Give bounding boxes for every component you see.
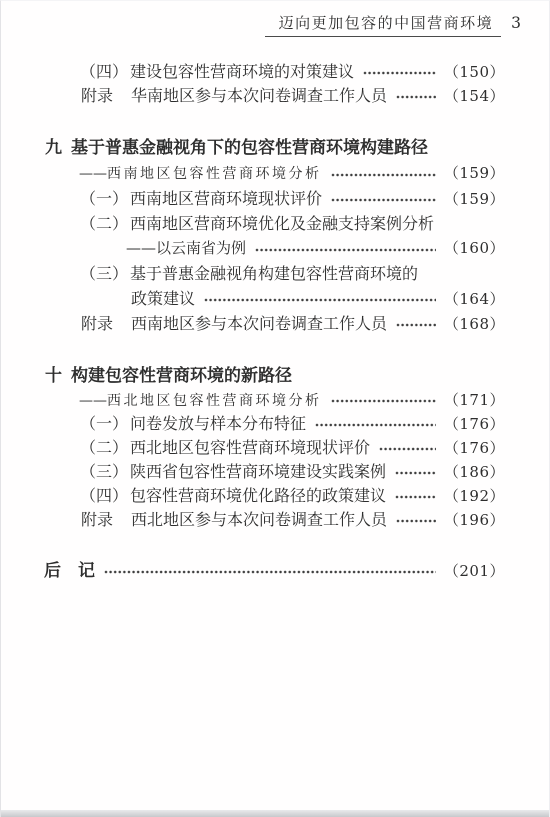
toc-entry-text: 西北地区包容性营商环境分析 bbox=[107, 389, 322, 413]
toc-entry-text: 西北地区参与本次问卷调查工作人员 bbox=[131, 508, 387, 532]
toc-entry-text: 华南地区参与本次问卷调查工作人员 bbox=[131, 84, 387, 108]
dash-mark: —— bbox=[79, 162, 107, 187]
toc-entry: 附录西南地区参与本次问卷调查工作人员 （168） bbox=[1, 311, 505, 336]
toc-page-number: （160） bbox=[444, 236, 505, 261]
dot-leader bbox=[395, 467, 436, 477]
dot-leader bbox=[331, 395, 436, 405]
toc-entry-text: 问卷发放与样本分布特征 bbox=[130, 412, 306, 436]
toc-entry: ——以云南省为例 （160） bbox=[1, 236, 505, 261]
running-head: 迈向更加包容的中国营商环境 3 bbox=[1, 12, 521, 37]
toc-page-number: （150） bbox=[444, 60, 505, 84]
page-bottom-edge bbox=[1, 810, 549, 817]
toc-entry-label: 附录 bbox=[81, 311, 113, 336]
toc-chapter-number: 十 bbox=[45, 364, 71, 388]
toc-page-number: （154） bbox=[444, 84, 505, 108]
dot-leader bbox=[395, 491, 436, 501]
toc-entry-text: 西北地区包容性营商环境现状评价 bbox=[130, 436, 370, 460]
page-number: 3 bbox=[511, 14, 521, 32]
toc-entry-label: （三） bbox=[80, 261, 128, 286]
toc-entry: ——西南地区包容性营商环境分析 （159） bbox=[1, 161, 505, 186]
toc-entry-label: （三） bbox=[80, 460, 128, 484]
table-of-contents: （四）建设包容性营商环境的对策建议 （150） 附录华南地区参与本次问卷调查工作… bbox=[1, 60, 505, 583]
toc-chapter-title: 基于普惠金融视角下的包容性营商环境构建路径 bbox=[71, 136, 428, 161]
toc-chapter-heading: 九基于普惠金融视角下的包容性营商环境构建路径 bbox=[1, 136, 505, 161]
toc-entry-text: 西南地区包容性营商环境分析 bbox=[107, 162, 322, 187]
toc-entry: 附录西北地区参与本次问卷调查工作人员 （196） bbox=[1, 508, 505, 532]
running-head-title: 迈向更加包容的中国营商环境 bbox=[265, 12, 502, 37]
dot-leader bbox=[363, 67, 436, 77]
toc-page-number: （171） bbox=[444, 388, 505, 412]
toc-entry: （二）西北地区包容性营商环境现状评价 （176） bbox=[1, 436, 505, 460]
toc-entry: （四）建设包容性营商环境的对策建议 （150） bbox=[1, 60, 505, 84]
toc-entry: （一）西南地区营商环境现状评价 （159） bbox=[1, 186, 505, 211]
dot-leader bbox=[204, 294, 436, 304]
toc-page-number: （159） bbox=[444, 161, 505, 186]
book-page: 迈向更加包容的中国营商环境 3 （四）建设包容性营商环境的对策建议 （150） … bbox=[0, 0, 550, 817]
toc-entry-label: （四） bbox=[80, 484, 128, 508]
dot-leader bbox=[255, 244, 436, 254]
toc-chapter-number: 九 bbox=[45, 136, 71, 161]
toc-entry: （三）基于普惠金融视角构建包容性营商环境的 bbox=[1, 261, 505, 286]
toc-entry-text: 政策建议 bbox=[131, 286, 195, 311]
toc-entry: （三）陕西省包容性营商环境建设实践案例 （186） bbox=[1, 460, 505, 484]
toc-page-number: （164） bbox=[444, 287, 505, 312]
dot-leader bbox=[104, 566, 436, 576]
toc-chapter-title: 构建包容性营商环境的新路径 bbox=[71, 364, 292, 388]
toc-entry-text: 以云南省为例 bbox=[156, 236, 246, 261]
toc-page-number: （168） bbox=[444, 312, 505, 337]
toc-entry: 后 记 （201） bbox=[1, 559, 505, 583]
toc-entry-text: 建设包容性营商环境的对策建议 bbox=[130, 60, 354, 84]
toc-entry-label: 后 记 bbox=[44, 559, 95, 583]
dash-mark: —— bbox=[79, 389, 107, 413]
toc-entry-label: （二） bbox=[80, 436, 128, 460]
toc-page-number: （176） bbox=[444, 412, 505, 436]
dot-leader bbox=[396, 91, 436, 101]
toc-page-number: （201） bbox=[444, 559, 505, 583]
toc-entry-label: （四） bbox=[80, 60, 128, 84]
toc-entry-label: 附录 bbox=[81, 84, 113, 108]
toc-entry: （二）西南地区营商环境优化及金融支持案例分析 bbox=[1, 211, 505, 236]
toc-page-number: （192） bbox=[444, 484, 505, 508]
toc-entry-text: 包容性营商环境优化路径的政策建议 bbox=[130, 484, 386, 508]
dot-leader bbox=[315, 419, 436, 429]
toc-entry: （四）包容性营商环境优化路径的政策建议 （192） bbox=[1, 484, 505, 508]
toc-entry-label: （二） bbox=[80, 211, 128, 236]
toc-page-number: （186） bbox=[444, 460, 505, 484]
toc-entry: ——西北地区包容性营商环境分析 （171） bbox=[1, 388, 505, 412]
dot-leader bbox=[331, 169, 436, 179]
toc-page-number: （159） bbox=[444, 187, 505, 212]
toc-entry-text: 基于普惠金融视角构建包容性营商环境的 bbox=[130, 261, 418, 286]
dot-leader bbox=[331, 194, 436, 204]
toc-entry-text: 西南地区营商环境现状评价 bbox=[130, 186, 322, 211]
toc-entry-text: 西南地区营商环境优化及金融支持案例分析 bbox=[130, 211, 434, 236]
dash-mark: —— bbox=[126, 236, 156, 261]
toc-entry-text: 陕西省包容性营商环境建设实践案例 bbox=[130, 460, 386, 484]
dot-leader bbox=[396, 319, 436, 329]
toc-page-number: （196） bbox=[444, 508, 505, 532]
toc-entry-label: （一） bbox=[80, 186, 128, 211]
toc-entry: （一）问卷发放与样本分布特征 （176） bbox=[1, 412, 505, 436]
toc-entry-text: 西南地区参与本次问卷调查工作人员 bbox=[131, 311, 387, 336]
dot-leader bbox=[396, 515, 436, 525]
toc-entry-label: （一） bbox=[80, 412, 128, 436]
dot-leader bbox=[379, 443, 436, 453]
toc-entry: 附录华南地区参与本次问卷调查工作人员 （154） bbox=[1, 84, 505, 108]
toc-entry-label: 附录 bbox=[81, 508, 113, 532]
toc-page-number: （176） bbox=[444, 436, 505, 460]
toc-entry: 政策建议 （164） bbox=[1, 286, 505, 311]
toc-chapter-heading: 十构建包容性营商环境的新路径 bbox=[1, 364, 505, 388]
